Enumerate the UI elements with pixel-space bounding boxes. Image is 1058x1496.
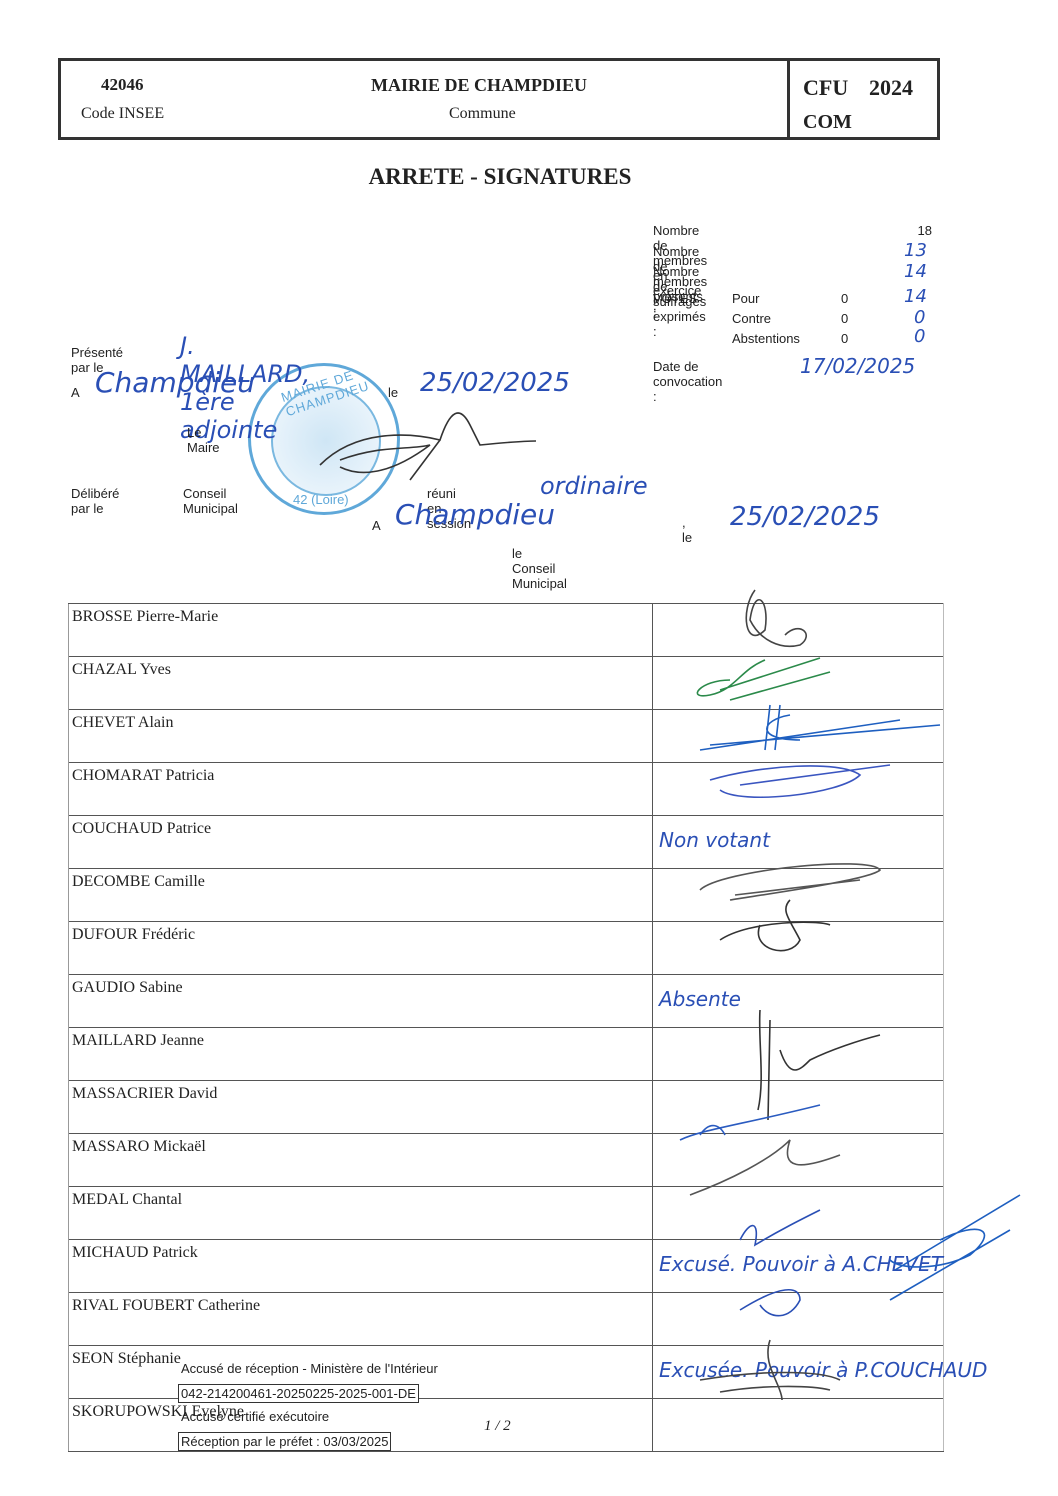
date-hand: 25/02/2025 <box>420 368 570 398</box>
header-divider <box>787 61 790 137</box>
session-hand: ordinaire <box>540 472 648 500</box>
page-number: 1 / 2 <box>484 1418 511 1435</box>
stamp-bottom-text: 42 (Loire) <box>293 492 349 507</box>
reception-date: Réception par le préfet : 03/03/2025 <box>178 1432 391 1451</box>
conseil-label: Conseil Municipal <box>183 486 238 516</box>
abstentions-value: 0 <box>841 331 848 346</box>
header-box: 42046 Code INSEE MAIRIE DE CHAMPDIEU Com… <box>58 58 940 140</box>
contre-value: 0 <box>841 311 848 326</box>
member-name: MEDAL Chantal <box>69 1187 653 1240</box>
membres-presents-hand: 13 <box>904 240 927 261</box>
a2-label: A <box>372 518 381 533</box>
convocation-label: Date de convocation : <box>653 359 722 404</box>
contre-label: Contre <box>732 311 771 326</box>
member-name: CHOMARAT Patricia <box>69 763 653 816</box>
member-name: MASSARO Mickaël <box>69 1134 653 1187</box>
certifie-label: Accusé certifié exécutoire <box>181 1409 329 1424</box>
le-label: le <box>388 385 398 400</box>
suffrages-hand: 14 <box>904 261 927 282</box>
maire-signature-icon <box>300 405 540 485</box>
code-insee: 42046 <box>101 75 144 95</box>
member-name: CHAZAL Yves <box>69 657 653 710</box>
pour-label: Pour <box>732 291 759 306</box>
budget-type: COM <box>803 111 852 134</box>
member-name: MASSACRIER David <box>69 1081 653 1134</box>
doc-year: 2024 <box>869 75 913 101</box>
code-insee-label: Code INSEE <box>81 105 164 123</box>
pour-hand: 14 <box>904 286 927 307</box>
page-title: ARRETE - SIGNATURES <box>0 164 1000 190</box>
signature-cell <box>653 1399 944 1452</box>
ar-line: Accusé de réception - Ministère de l'Int… <box>181 1361 438 1376</box>
member-name: DUFOUR Frédéric <box>69 922 653 975</box>
a-label: A <box>71 385 80 400</box>
member-name: COUCHAUD Patrice <box>69 816 653 869</box>
collectivite-name: MAIRIE DE CHAMPDIEU <box>371 75 587 96</box>
pour-value: 0 <box>841 291 848 306</box>
maire-label: Le Maire <box>187 425 220 455</box>
convocation-hand: 17/02/2025 <box>800 354 915 378</box>
contre-hand: 0 <box>914 307 925 328</box>
abstentions-hand: 0 <box>914 326 925 347</box>
date2-hand: 25/02/2025 <box>730 502 880 532</box>
signatures-overlay-icon <box>640 580 1040 1400</box>
member-name: GAUDIO Sabine <box>69 975 653 1028</box>
member-name: DECOMBE Camille <box>69 869 653 922</box>
doc-type: CFU <box>803 75 848 101</box>
delibere-label: Délibéré par le <box>71 486 119 516</box>
membres-exercice-value: 18 <box>902 223 932 238</box>
member-name: CHEVET Alain <box>69 710 653 763</box>
member-name: RIVAL FOUBERT Catherine <box>69 1293 653 1346</box>
abstentions-label: Abstentions <box>732 331 800 346</box>
lieu2-hand: Champdieu <box>395 498 555 531</box>
conseil-sign-label: le Conseil Municipal <box>512 546 567 591</box>
member-name: MICHAUD Patrick <box>69 1240 653 1293</box>
ar-id: 042-214200461-20250225-2025-001-DE <box>178 1384 419 1403</box>
member-name: BROSSE Pierre-Marie <box>69 604 653 657</box>
lieu-hand: Champdieu <box>95 366 255 399</box>
collectivite-label: Commune <box>449 105 516 123</box>
le2-label: , le <box>682 515 692 545</box>
votes-label: VOTES : <box>653 291 697 321</box>
member-name: MAILLARD Jeanne <box>69 1028 653 1081</box>
